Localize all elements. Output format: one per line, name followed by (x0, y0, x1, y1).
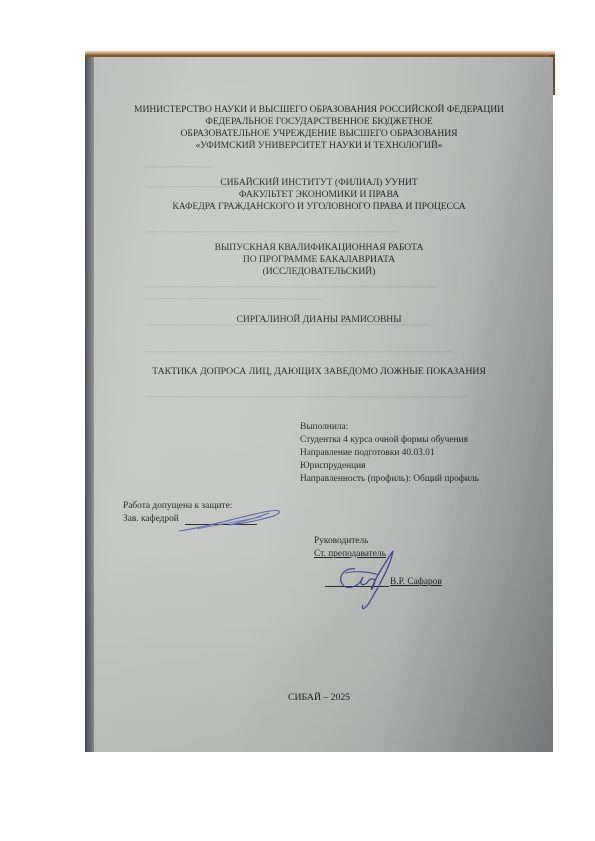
department-line: КАФЕДРА ГРАЖДАНСКОГО И УГОЛОВНОГО ПРАВА … (85, 201, 553, 213)
title-page-photo: ▁▁▁▁▁▁▁▁▁ ▁▁▁▁▁▁▁▁▁▁▁▁▁▁▁▁▁▁▁▁ ▁▁▁▁▁▁▁▁▁… (85, 57, 553, 752)
head-signature-icon (177, 505, 287, 535)
bleed-through-texture: ▁▁▁▁▁▁▁▁▁▁▁▁▁▁▁▁▁▁▁▁▁▁▁▁▁▁▁▁▁▁▁▁▁▁▁▁▁▁▁▁… (145, 387, 468, 398)
work-type-line: ВЫПУСКНАЯ КВАЛИФИКАЦИОННАЯ РАБОТА (85, 242, 553, 254)
supervisor-signature-icon (333, 549, 403, 614)
author-name: СИРГАЛИНОЙ ДИАНЫ РАМИСОВНЫ (85, 314, 553, 326)
profile-line: Направленность (профиль): Общий профиль (300, 473, 479, 485)
city-year: СИБАЙ – 2025 (85, 692, 553, 704)
work-type-line: ПО ПРОГРАММЕ БАКАЛАВРИАТА (85, 254, 553, 266)
bleed-through-texture: ▁▁▁▁▁▁▁▁▁ (145, 157, 214, 168)
supervisor-label: Руководитель (314, 535, 368, 547)
direction-line: Направление подготовки 40.03.01 (300, 447, 435, 459)
header-line: МИНИСТЕРСТВО НАУКИ И ВЫСШЕГО ОБРАЗОВАНИЯ… (85, 104, 553, 116)
institute-line: СИБАЙСКИЙ ИНСТИТУТ (ФИЛИАЛ) УУНИТ (85, 177, 553, 189)
bleed-through-texture: ▁▁▁▁▁▁▁▁▁▁▁▁▁▁▁▁▁▁▁▁▁▁▁ (145, 289, 322, 300)
specialty-line: Юриспруденция (300, 460, 365, 472)
header-line: ОБРАЗОВАТЕЛЬНОЕ УЧРЕЖДЕНИЕ ВЫСШЕГО ОБРАЗ… (85, 128, 553, 140)
bleed-through-texture: ▁▁▁▁▁▁▁▁▁▁▁▁▁▁▁▁▁▁▁▁▁▁▁▁▁▁▁▁▁▁▁▁▁ (145, 222, 399, 233)
bleed-through-texture: ▁▁▁▁▁▁▁▁▁▁▁▁▁▁▁▁▁▁▁▁▁▁▁▁▁▁▁▁▁▁▁▁▁▁▁▁▁▁▁▁ (145, 342, 453, 353)
header-line: «УФИМСКИЙ УНИВЕРСИТЕТ НАУКИ И ТЕХНОЛОГИЙ… (85, 140, 553, 152)
bleed-through-texture: ▁▁▁▁▁▁▁▁▁▁▁▁▁▁▁▁▁▁▁▁▁▁▁▁▁▁▁▁▁▁▁▁▁▁▁▁▁▁ (145, 277, 437, 288)
student-line: Студентка 4 курса очной формы обучения (300, 434, 468, 446)
work-type-line: (ИССЛЕДОВАТЕЛЬСКИЙ) (85, 266, 553, 278)
faculty-line: ФАКУЛЬТЕТ ЭКОНОМИКИ И ПРАВА (85, 189, 553, 201)
header-line: ФЕДЕРАЛЬНОЕ ГОСУДАРСТВЕННОЕ БЮДЖЕТНОЕ (85, 116, 553, 128)
head-of-department-label: Зав. кафедрой (123, 513, 179, 525)
thesis-title: ТАКТИКА ДОПРОСА ЛИЦ, ДАЮЩИХ ЗАВЕДОМО ЛОЖ… (85, 366, 553, 378)
performed-by-label: Выполнила: (300, 421, 348, 433)
